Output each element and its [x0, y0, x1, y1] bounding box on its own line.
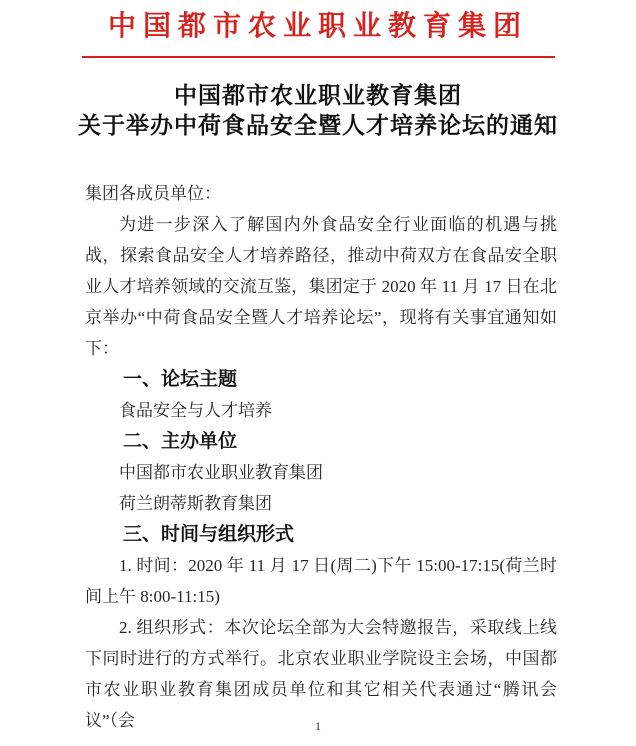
document-title-line2: 关于举办中荷食品安全暨人才培养论坛的通知 [0, 111, 636, 141]
section-2-heading: 二、主办单位 [85, 426, 557, 457]
section-3-paragraph-1: 1. 时间：2020 年 11 月 17 日(周二)下午 15:00-17:15… [85, 550, 557, 612]
letterhead-divider [82, 56, 555, 58]
section-1-heading: 一、论坛主题 [85, 364, 557, 395]
section-3-heading: 三、时间与组织形式 [85, 519, 557, 550]
salutation: 集团各成员单位： [85, 178, 557, 209]
section-2-paragraph-1: 中国都市农业职业教育集团 [85, 457, 557, 488]
organization-name: 中国都市农业职业教育集团 [108, 8, 528, 46]
section-1-paragraph: 食品安全与人才培养 [85, 395, 557, 426]
section-2-paragraph-2: 荷兰朗蒂斯教育集团 [85, 488, 557, 519]
letterhead: 中国都市农业职业教育集团 [0, 0, 636, 58]
document-body: 集团各成员单位： 为进一步深入了解国内外食品安全行业面临的机遇与挑战，探索食品安… [0, 178, 636, 736]
document-title: 中国都市农业职业教育集团 关于举办中荷食品安全暨人才培养论坛的通知 [0, 81, 636, 141]
notice-document-page: 中国都市农业职业教育集团 中国都市农业职业教育集团 关于举办中荷食品安全暨人才培… [0, 0, 636, 746]
page-number: 1 [0, 719, 636, 734]
section-3-paragraph-2: 2. 组织形式：本次论坛全部为大会特邀报告，采取线上线下同时进行的方式举行。北京… [85, 612, 557, 736]
document-title-line1: 中国都市农业职业教育集团 [0, 81, 636, 111]
intro-paragraph: 为进一步深入了解国内外食品安全行业面临的机遇与挑战，探索食品安全人才培养路径，推… [85, 209, 557, 364]
